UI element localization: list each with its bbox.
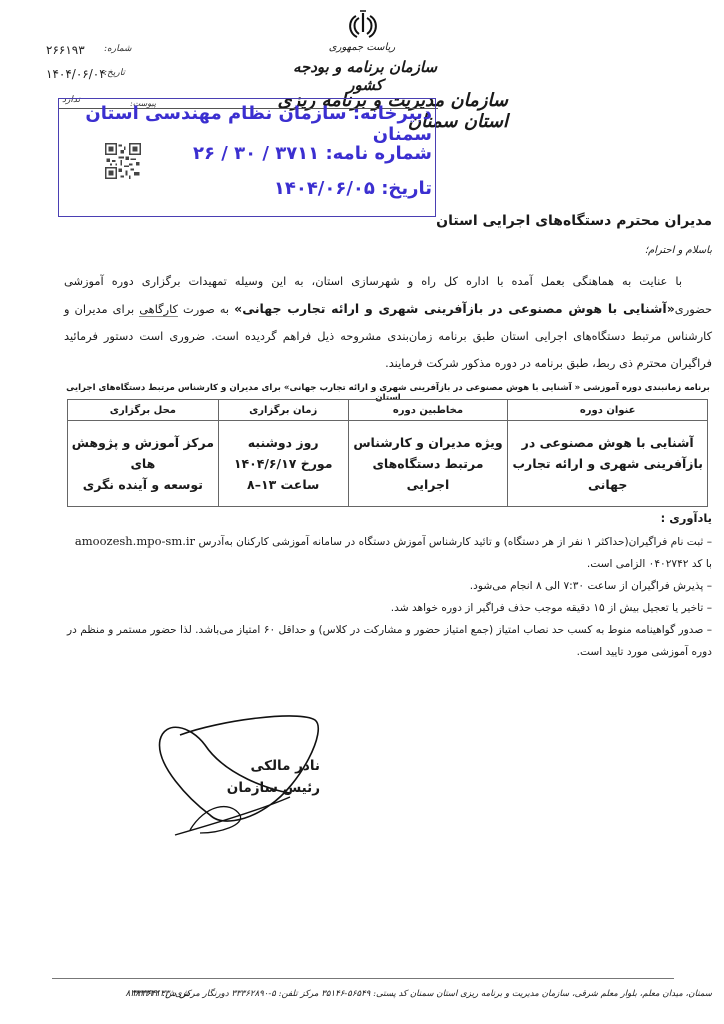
- reminder-item-2: – پذیرش فراگیران از ساعت ۷:۳۰ الی ۸ انجا…: [64, 575, 712, 597]
- stamp-letter-number-value: ۲۶ / ۳۰ / ۳۷۱۱: [193, 143, 319, 164]
- stamp-letter-number-label: شماره نامه:: [325, 143, 432, 164]
- signatory-name: نادر مالکی: [200, 758, 320, 774]
- stamp-letter-number: شماره نامه: ۲۶ / ۳۰ / ۳۷۱۱: [170, 143, 432, 164]
- schedule-table: عنوان دوره مخاطبین دوره زمان برگزاری محل…: [67, 399, 708, 507]
- number-value: ۲۶۶۱۹۳: [46, 43, 85, 57]
- cell-line: آشنایی با هوش مصنوعی در: [508, 432, 707, 453]
- cell-line: اجرایی: [349, 474, 508, 495]
- footer-ref-label: ش ش:: [162, 989, 190, 999]
- signatory-title: رئیس سازمان: [200, 780, 320, 796]
- qr-code-icon: [105, 143, 141, 179]
- cell-line: ویژه مدیران و کارشناس: [349, 432, 508, 453]
- presidency-label: ریاست جمهوری: [300, 42, 424, 53]
- header-course-title: عنوان دوره: [508, 400, 708, 421]
- workshop-term: کارگاهی: [139, 302, 178, 317]
- cell-venue: مرکز آموزش و پژوهش های توسعه و آینده نگر…: [68, 421, 219, 507]
- body-part2: به صورت: [183, 302, 229, 316]
- reminders-title: یادآوری :: [600, 511, 712, 525]
- date-label: تاریخ:: [104, 68, 125, 78]
- stamp-date-label: تاریخ:: [381, 178, 432, 199]
- footer-reference: ش ش: ۸۳۸۲۳۲۲: [80, 989, 190, 999]
- greeting: باسلام و احترام؛: [520, 245, 712, 256]
- reminder-item-1-code: با کد ۰۴۰۲۷۴۲ الزامی است.: [587, 558, 712, 570]
- iran-emblem-icon: [348, 10, 378, 42]
- header-venue: محل برگزاری: [68, 400, 219, 421]
- letter-body: با عنایت به هماهنگی بعمل آمده با اداره ک…: [64, 268, 712, 377]
- stamp-secretariat: دبیرخانه: سازمان نظام مهندسی استان سمنان: [62, 103, 432, 145]
- cell-line: بازآفرینی شهری و ارائه تجارب جهانی: [508, 453, 707, 495]
- reminder-item-1: – ثبت نام فراگیران(حداکثر ۱ نفر از هر دس…: [64, 530, 712, 575]
- organization-name: سازمان برنامه و بودجه کشور: [290, 58, 440, 94]
- cell-line: مورخ ۱۴۰۴/۶/۱۷: [219, 453, 348, 474]
- addressee: مدیران محترم دستگاه‌های اجرایی استان: [360, 213, 712, 229]
- reminder-item-4: – صدور گواهینامه منوط به کسب حد نصاب امت…: [64, 619, 712, 663]
- header-time: زمان برگزاری: [218, 400, 348, 421]
- cell-time: روز دوشنبه مورخ ۱۴۰۴/۶/۱۷ ساعت ۱۳–۸: [218, 421, 348, 507]
- cell-line: روز دوشنبه: [219, 432, 348, 453]
- date-value: ۱۴۰۴/۰۶/۰۴: [46, 67, 106, 81]
- stamp-date-value: ۱۴۰۴/۰۶/۰۵: [274, 178, 375, 199]
- header-audience: مخاطبین دوره: [348, 400, 508, 421]
- cell-course-title: آشنایی با هوش مصنوعی در بازآفرینی شهری و…: [508, 421, 708, 507]
- reminder-item-3: – تاخیر یا تعجیل بیش از ۱۵ دقیقه موجب حذ…: [64, 597, 712, 619]
- stamp-date: تاریخ: ۱۴۰۴/۰۶/۰۵: [170, 178, 432, 199]
- footer-ref-value: ۸۳۸۲۳۲۲: [125, 989, 159, 999]
- course-title-inline: «آشنایی با هوش مصنوعی در بازآفرینی شهری …: [234, 301, 675, 316]
- cell-line: ساعت ۱۳–۸: [219, 474, 348, 495]
- footer-address: سمنان، میدان معلم، بلوار معلم شرقی، سازم…: [200, 989, 712, 999]
- training-portal-link[interactable]: amoozesh.mpo-sm.ir: [75, 534, 195, 548]
- table-row: آشنایی با هوش مصنوعی در بازآفرینی شهری و…: [68, 421, 708, 507]
- cell-line: مرتبط دستگاه‌های: [349, 453, 508, 474]
- cell-line: توسعه و آینده نگری: [68, 474, 218, 495]
- number-label: شماره:: [104, 44, 132, 54]
- cell-line: مرکز آموزش و پژوهش های: [68, 432, 218, 474]
- reminder-item-1-text: – ثبت نام فراگیران(حداکثر ۱ نفر از هر دس…: [198, 536, 712, 548]
- table-header-row: عنوان دوره مخاطبین دوره زمان برگزاری محل…: [68, 400, 708, 421]
- footer-divider: [52, 978, 674, 979]
- signature-scribble-icon: [150, 705, 330, 845]
- cell-audience: ویژه مدیران و کارشناس مرتبط دستگاه‌های ا…: [348, 421, 508, 507]
